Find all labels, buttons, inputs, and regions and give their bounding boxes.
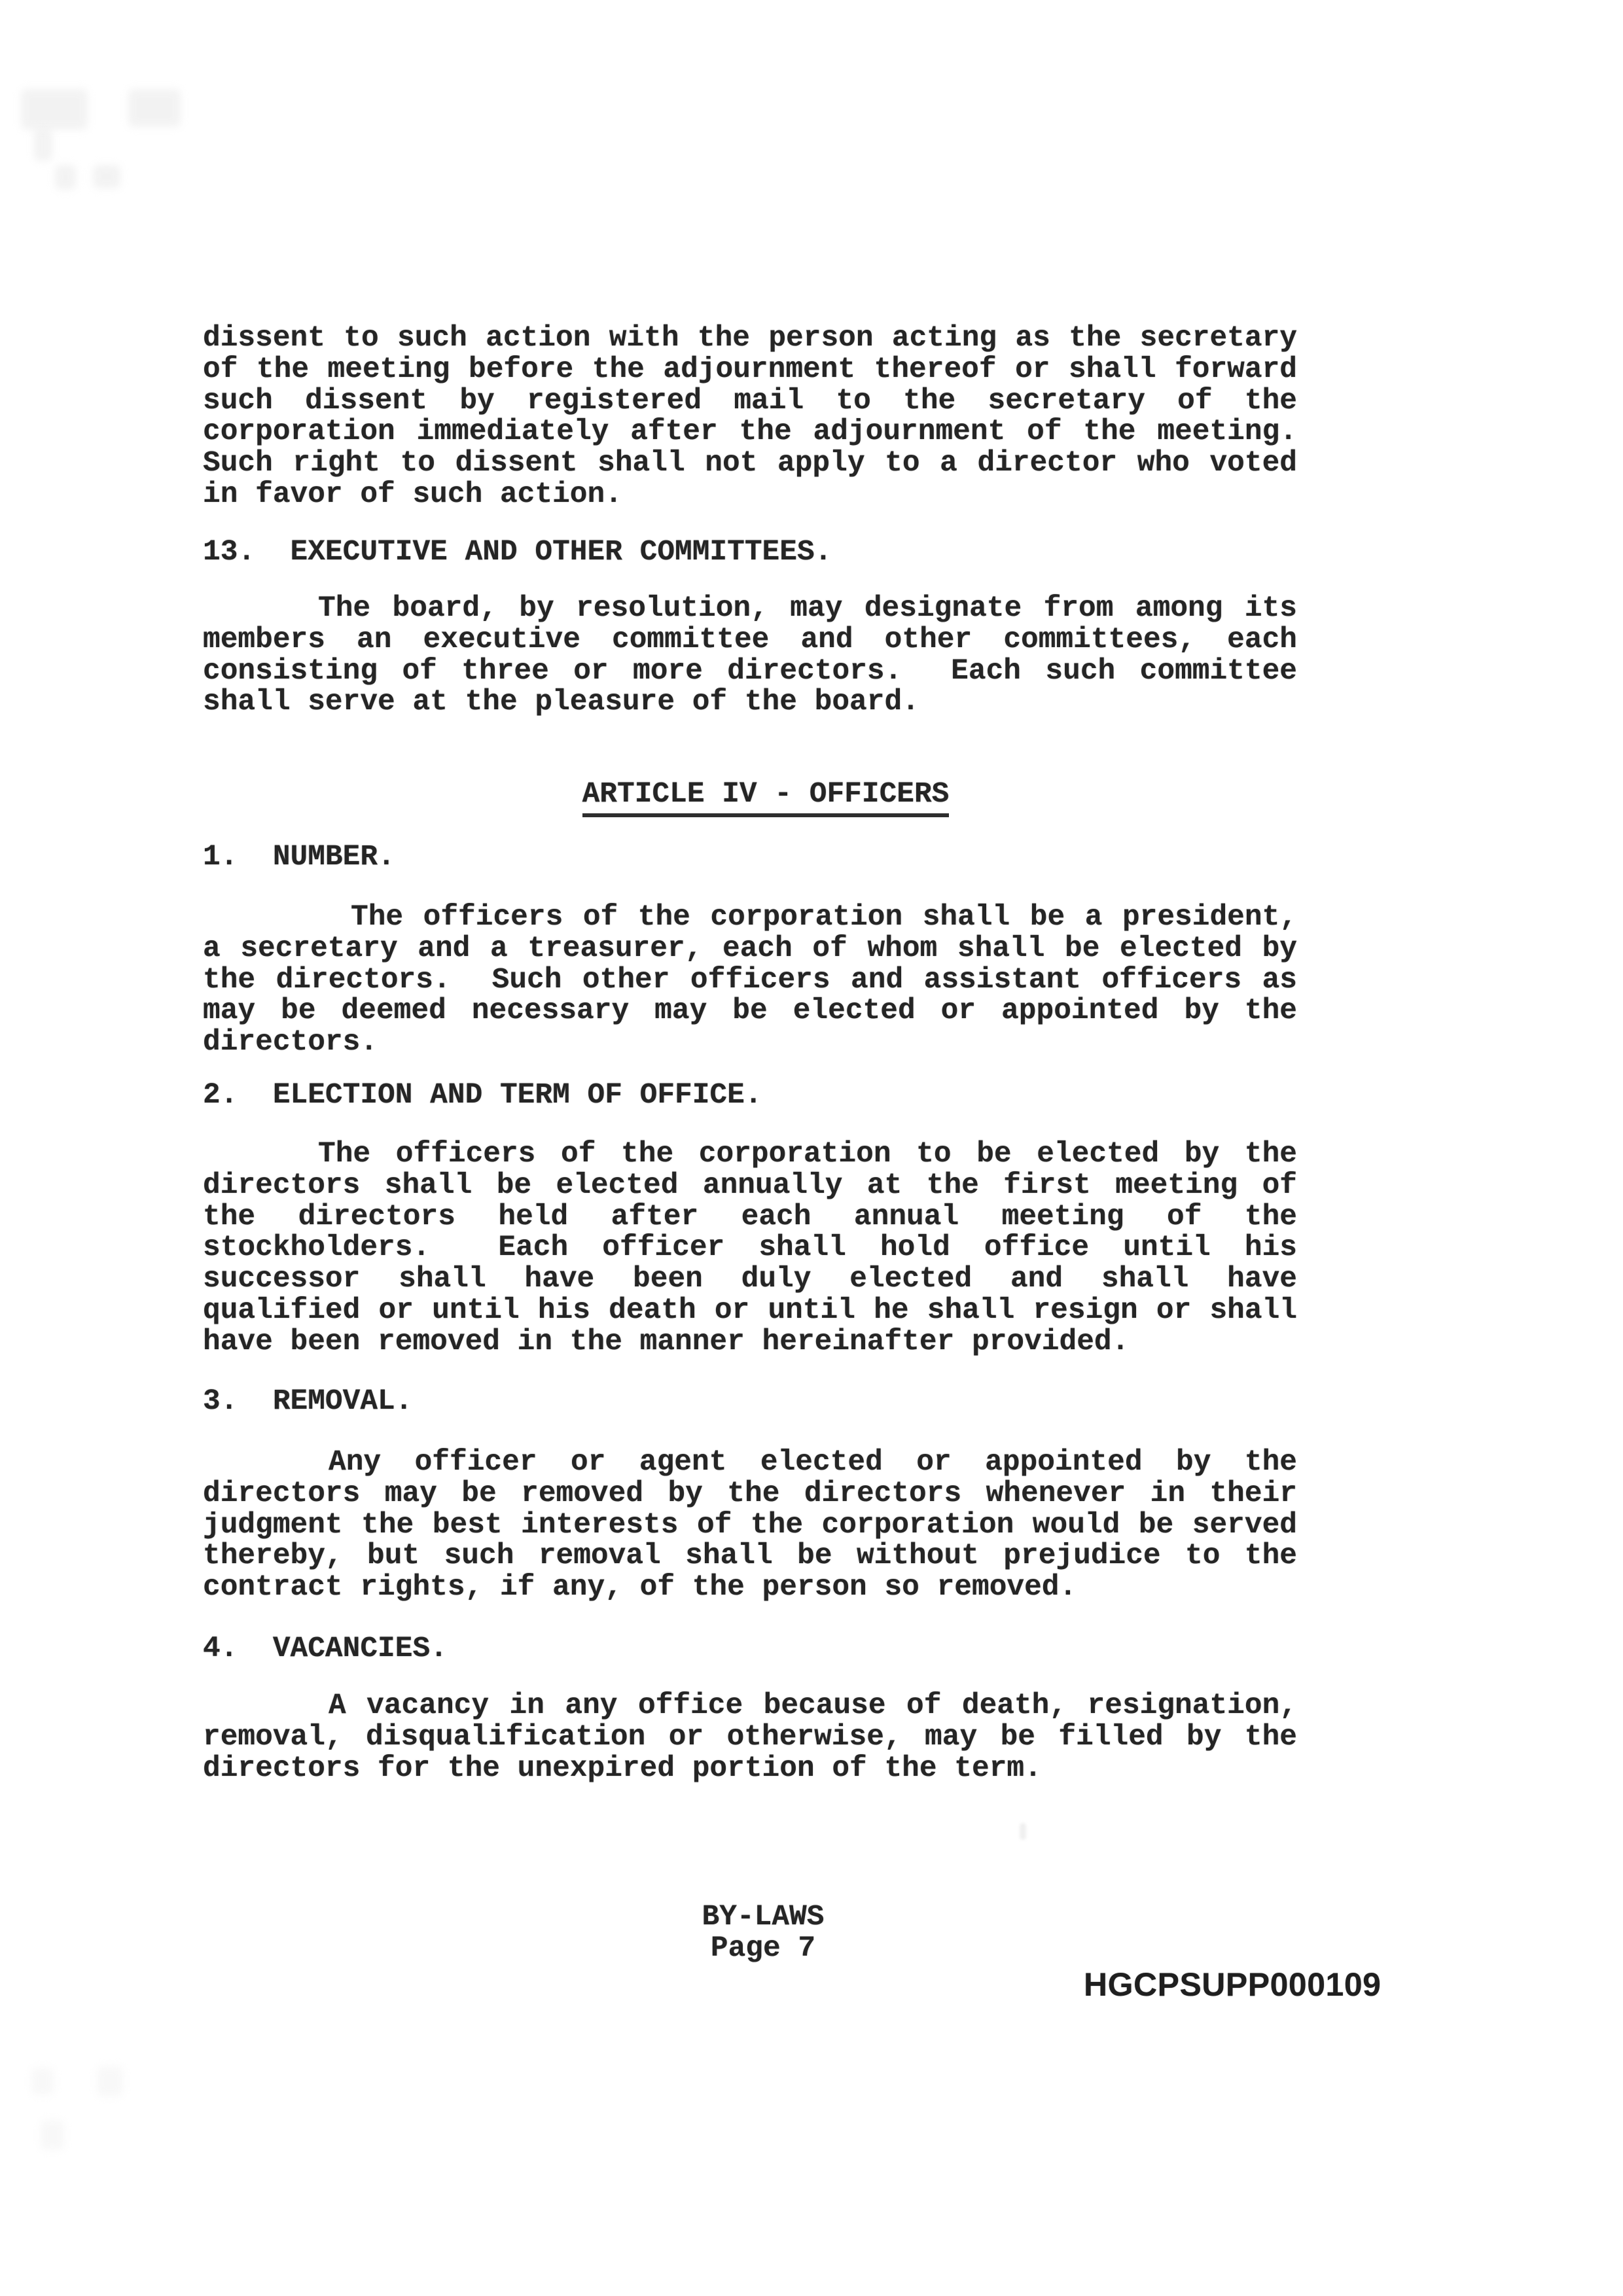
article-iv-heading-text: ARTICLE IV - OFFICERS [582, 779, 950, 817]
text-line: thereby, but such removal shall be witho… [203, 1541, 1297, 1572]
text-line: A vacancy in any office because of death… [203, 1691, 1297, 1722]
text-line: stockholders. Each officer shall hold of… [203, 1233, 1297, 1264]
section-heading-13: 13. EXECUTIVE AND OTHER COMMITTEES. [203, 537, 1297, 569]
section-heading-number: 1. NUMBER. [203, 842, 1297, 874]
scanned-document-page: dissent to such action with the person a… [0, 0, 1623, 2296]
text-line: The officers of the corporation shall be… [203, 902, 1297, 934]
footer: BY-LAWS Page 7 [203, 1902, 1297, 1965]
section-heading-removal: 3. REMOVAL. [203, 1386, 1297, 1418]
scan-smudge [34, 128, 52, 161]
text-line: The board, by resolution, may designate … [203, 593, 1297, 625]
text-line: Such right to dissent shall not apply to… [203, 448, 1297, 480]
text-line: shall serve at the pleasure of the board… [203, 687, 1297, 718]
bates-stamp: HGCPSUPP000109 [1084, 1966, 1381, 2004]
text-line: Any officer or agent elected or appointe… [203, 1447, 1297, 1479]
text-line: in favor of such action. [203, 480, 1297, 511]
scan-smudge [93, 165, 120, 188]
text-line: a secretary and a treasurer, each of who… [203, 934, 1297, 965]
text-line: successor shall have been duly elected a… [203, 1264, 1297, 1296]
text-line: the directors. Such other officers and a… [203, 965, 1297, 997]
text-line: directors. [203, 1027, 1297, 1059]
scan-smudge [128, 89, 181, 127]
text-line: directors shall be elected annually at t… [203, 1171, 1297, 1202]
text-line: members an executive committee and other… [203, 625, 1297, 656]
scan-speck [1020, 1823, 1026, 1840]
footer-doc-title: BY-LAWS [216, 1902, 1310, 1934]
text-line: have been removed in the manner hereinaf… [203, 1327, 1297, 1358]
scan-smudge [97, 2066, 123, 2096]
footer-page-number: Page 7 [216, 1934, 1310, 1965]
text-line: contract rights, if any, of the person s… [203, 1572, 1297, 1604]
section-heading-election: 2. ELECTION AND TERM OF OFFICE. [203, 1080, 1297, 1112]
text-line: removal, disqualification or otherwise, … [203, 1722, 1297, 1754]
section-13-paragraph: The board, by resolution, may designate … [203, 593, 1297, 718]
section-vacancies-paragraph: A vacancy in any office because of death… [203, 1691, 1297, 1784]
scan-smudge [21, 89, 88, 130]
scan-smudge [55, 165, 76, 190]
text-line: directors may be removed by the director… [203, 1479, 1297, 1510]
text-line: corporation immediately after the adjour… [203, 417, 1297, 448]
section-election-paragraph: The officers of the corporation to be el… [203, 1139, 1297, 1358]
article-iv-heading: ARTICLE IV - OFFICERS [203, 779, 1297, 817]
text-line: The officers of the corporation to be el… [203, 1139, 1297, 1171]
text-line: of the meeting before the adjournment th… [203, 355, 1297, 386]
text-line: dissent to such action with the person a… [203, 323, 1297, 355]
text-line: may be deemed necessary may be elected o… [203, 996, 1297, 1027]
scan-smudge [41, 2120, 64, 2150]
section-number-paragraph: The officers of the corporation shall be… [203, 902, 1297, 1059]
scan-smudge [31, 2068, 54, 2095]
text-line: qualified or until his death or until he… [203, 1296, 1297, 1327]
text-line: consisting of three or more directors. E… [203, 656, 1297, 688]
text-line: the directors held after each annual mee… [203, 1202, 1297, 1233]
text-line: such dissent by registered mail to the s… [203, 386, 1297, 417]
section-heading-vacancies: 4. VACANCIES. [203, 1634, 1297, 1665]
section-removal-paragraph: Any officer or agent elected or appointe… [203, 1447, 1297, 1604]
text-line: directors for the unexpired portion of t… [203, 1754, 1297, 1785]
paragraph-continued: dissent to such action with the person a… [203, 323, 1297, 511]
text-line: judgment the best interests of the corpo… [203, 1510, 1297, 1542]
